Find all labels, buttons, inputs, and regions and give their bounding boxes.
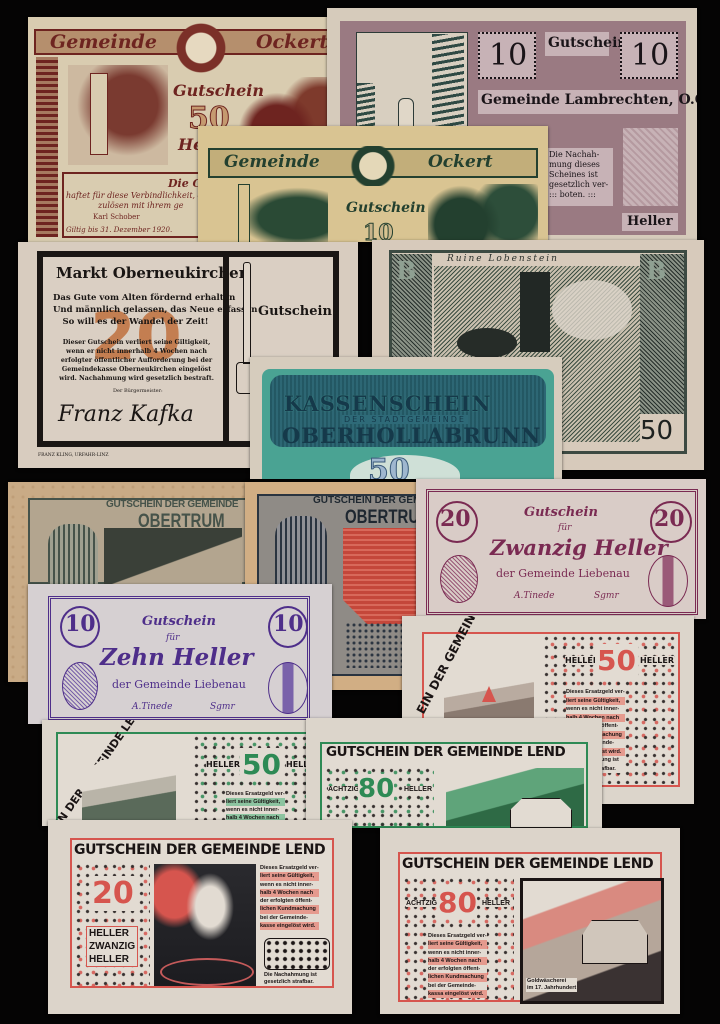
value: 50 — [240, 748, 283, 781]
legal-text: Dieses Ersatzgeld ver- liert seine Gülti… — [260, 864, 319, 930]
note-lend-20-heller-red: GUTSCHEIN DER GEMEINDE LEND 20 HELLER ZW… — [48, 820, 352, 1014]
value: 80 — [358, 774, 394, 804]
header-right: Ockert — [256, 31, 328, 53]
tree-cluster — [457, 328, 517, 358]
text-line3: zulösen mit ihrem ge — [98, 201, 183, 210]
red-scene — [343, 528, 423, 624]
tree-right — [432, 34, 464, 126]
issuer: der Gemeinde Liebenau — [112, 678, 246, 691]
line3: OBERHOLLABRUNN — [282, 423, 541, 448]
value: 50 — [368, 453, 410, 479]
unit: Heller — [627, 214, 673, 229]
header-right: Ockert — [428, 152, 493, 172]
crest-left — [440, 555, 478, 603]
unit-left: HELLER — [565, 656, 599, 665]
corner-mark-right: B — [646, 256, 666, 285]
signature-right: Sgmr — [210, 702, 235, 712]
tree-left — [357, 83, 375, 126]
note-lend-80-heller-green: GUTSCHEIN DER GEMEINDE LEND ACHTZIG 80 H… — [306, 718, 602, 828]
value: 50 — [640, 416, 673, 446]
church-tower — [238, 184, 250, 242]
value-left: 10 — [65, 611, 96, 637]
scene-caption: Goldwäscherei im 17. Jahrhundert — [526, 978, 577, 992]
header-left: Gemeinde — [224, 152, 320, 172]
tower-right — [268, 662, 308, 714]
issuer: Markt Oberneukirchen — [56, 264, 250, 282]
ornament-crest — [333, 146, 413, 186]
trees-illustration — [428, 184, 538, 242]
title: Gutschein — [524, 505, 598, 520]
note-lend-80-heller-red: GUTSCHEIN DER GEMEINDE LEND ACHTZIG 80 H… — [380, 828, 680, 1014]
church-illustration — [68, 65, 168, 165]
value-left: 20 — [440, 506, 471, 532]
caption: Ruine Lobenstein — [447, 254, 559, 264]
church-tower — [90, 73, 108, 155]
left-pillar — [36, 57, 58, 237]
chapel-icon — [398, 98, 414, 128]
for-label: für — [558, 523, 571, 533]
header: GUTSCHEIN DER GEMEINDE LEND — [74, 842, 325, 858]
town: OBERTRUM — [345, 506, 423, 528]
ornament-panel — [623, 128, 678, 206]
value-right: 10 — [273, 611, 304, 637]
unit-stack: HELLER ZWANZIG HELLER — [86, 926, 138, 967]
header: GUTSCHEIN DER GEMEINDE LEND — [326, 744, 565, 760]
figure-illustration — [275, 516, 327, 590]
issuer: Gemeinde Lambrechten, O.Ö. — [481, 92, 697, 108]
corner-mark-left: B — [396, 256, 416, 285]
figure-illustration — [48, 524, 98, 584]
goldwasher-house — [582, 920, 648, 964]
value-left: 10 — [489, 38, 527, 73]
title: Gutschein — [346, 200, 426, 216]
monogram-ornament — [264, 938, 330, 970]
tower-right — [648, 555, 688, 607]
amount-words: Zwanzig Heller — [490, 535, 668, 560]
unit-left: ACHTZIG — [328, 786, 359, 793]
value: 50 — [595, 644, 638, 677]
water-ripples — [160, 958, 254, 986]
for-label: für — [166, 633, 179, 643]
value: 80 — [438, 886, 477, 919]
warning-text: Die Nachah- mung dieses Scheines ist ges… — [549, 150, 608, 200]
header: GUTSCHEIN DER GEMEINDE LEND — [402, 856, 653, 872]
note-liebenau-20-heller: 20 Gutschein für Zwanzig Heller der Geme… — [416, 479, 706, 619]
value: 20 — [90, 876, 136, 911]
village-scene — [82, 760, 176, 822]
signature: Franz Kafka — [58, 402, 194, 427]
building-illustration — [104, 528, 242, 584]
legal-text: Dieses Ersatzgeld ver- liert seine Gülti… — [428, 932, 487, 998]
signer-title: Der Bürgermeister: — [113, 388, 163, 394]
signature-left: A.Tinede — [514, 591, 554, 601]
amount-words: Zehn Heller — [100, 644, 253, 671]
line1: KASSENSCHEIN — [284, 391, 492, 416]
unit-right: HELLER — [482, 900, 510, 907]
crest-left — [62, 662, 98, 710]
signature-left: A.Tinede — [132, 702, 172, 712]
sword-icon — [243, 262, 251, 364]
signature-right: Sgmr — [594, 591, 619, 601]
value-right: 20 — [654, 506, 685, 532]
legal-text: Dieser Gutschein verliert seine Giltigke… — [54, 338, 219, 383]
note-oberhollabrunn-50-heller: KASSENSCHEIN DER STADTGEMEINDE OBERHOLLA… — [250, 357, 562, 479]
unit-right: HELLER — [640, 656, 674, 665]
ornament-crest — [158, 23, 244, 73]
unit-left: HELLER — [206, 760, 240, 769]
clouds — [552, 280, 632, 340]
header-left: Gemeinde — [50, 31, 157, 53]
note-liebenau-10-heller: 10 Gutschein für Zehn Heller der Gemeind… — [28, 584, 332, 724]
note-lend-50-heller-green: IN DER GEMEINDE LEND IN HELLER 50 HELLE … — [42, 720, 318, 826]
signer: Karl Schober — [93, 213, 140, 221]
text-line2: haftet für diese Verbindlichkeit, diese — [66, 191, 219, 200]
value: 10 — [363, 220, 394, 242]
header: GUTSCHEIN DER GEMEINDE — [313, 495, 423, 506]
legal-text: Dieses Ersatzgeld ver- liert seine Gülti… — [226, 790, 285, 822]
note-ockert-10-heller: Gemeinde Ockert Gutschein 10 — [198, 126, 548, 242]
header: GUTSCHEIN DER GEMEINDE — [106, 499, 238, 510]
unit-left: ACHTZIG — [406, 900, 437, 907]
goldwasher-house — [510, 798, 572, 828]
footer-text: Die Nachahmung ist gesetzlich strafbar. — [264, 972, 317, 986]
issuer: der Gemeinde Liebenau — [496, 567, 630, 580]
value-right: 10 — [631, 38, 669, 73]
motto: Das Gute vom Alten fördernd erhalten Und… — [53, 292, 218, 328]
title: Gutschein — [142, 614, 216, 629]
printer: FRANZ KLING, URFAHR-LINZ — [38, 453, 108, 458]
validity: Giltig bis 31. Dezember 1920. — [66, 226, 172, 234]
ruin-tower — [520, 272, 550, 352]
title: Gutschein — [258, 304, 332, 319]
title: Gutschein — [548, 35, 628, 51]
unit-right: HELLER — [404, 786, 432, 793]
